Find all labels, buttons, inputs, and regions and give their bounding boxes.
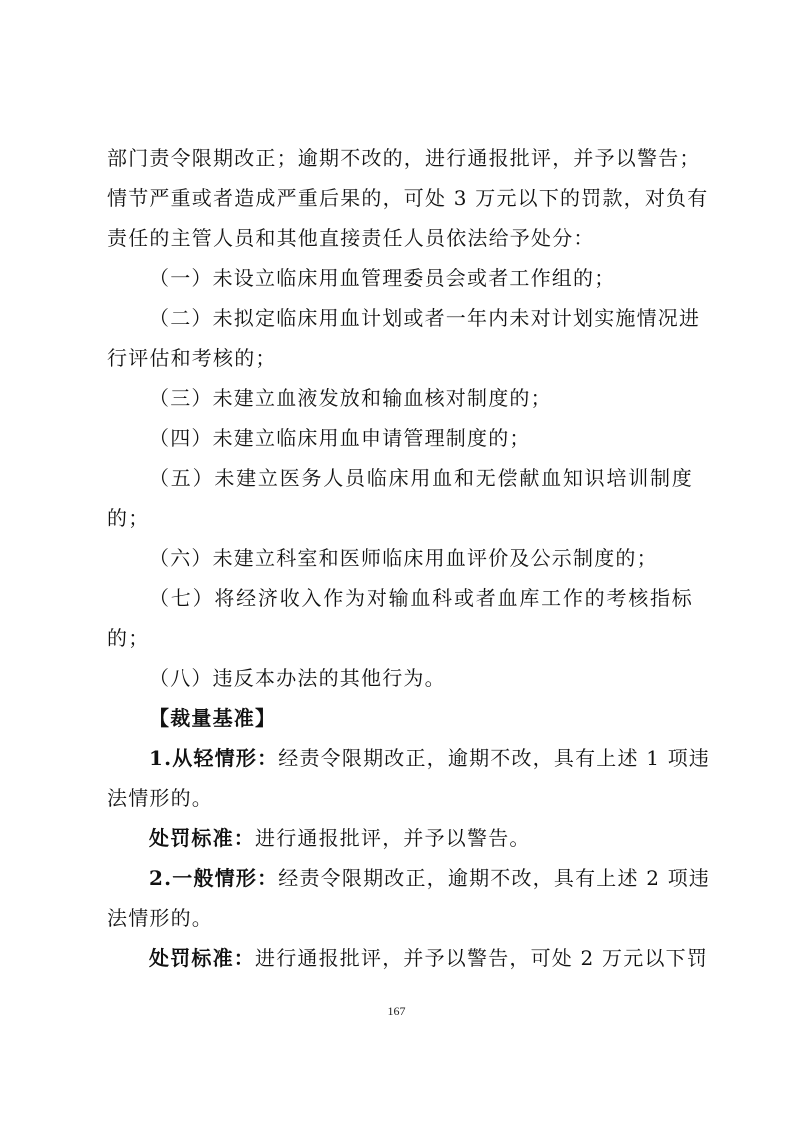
list-item-2-cont: 行评估和考核的；	[107, 338, 693, 378]
criterion-label: 2.一般情形：	[149, 866, 278, 890]
paragraph-line: 情节严重或者造成严重后果的，可处 3 万元以下的罚款，对负有	[107, 178, 693, 218]
section-heading: 【裁量基准】	[107, 698, 693, 738]
penalty-standard-general: 处罚标准：进行通报批评，并予以警告，可处 2 万元以下罚	[107, 938, 693, 978]
criterion-general-cont: 法情形的。	[107, 898, 693, 938]
list-item-3: （三）未建立血液发放和输血核对制度的；	[107, 378, 693, 418]
criterion-light-cont: 法情形的。	[107, 778, 693, 818]
criterion-text: 经责令限期改正，逾期不改，具有上述 1 项违	[278, 746, 710, 770]
penalty-text: 进行通报批评，并予以警告。	[255, 826, 531, 850]
criterion-label: 1.从轻情形：	[149, 746, 278, 770]
list-item-7: （七）将经济收入作为对输血科或者血库工作的考核指标	[107, 578, 693, 618]
list-item-5-cont: 的；	[107, 498, 693, 538]
document-body: 部门责令限期改正；逾期不改的，进行通报批评，并予以警告； 情节严重或者造成严重后…	[107, 138, 693, 978]
criterion-text: 经责令限期改正，逾期不改，具有上述 2 项违	[278, 866, 710, 890]
penalty-label: 处罚标准：	[149, 946, 255, 970]
list-item-6: （六）未建立科室和医师临床用血评价及公示制度的；	[107, 538, 693, 578]
list-item-1: （一）未设立临床用血管理委员会或者工作组的；	[107, 258, 693, 298]
list-item-7-cont: 的；	[107, 618, 693, 658]
penalty-standard-light: 处罚标准：进行通报批评，并予以警告。	[107, 818, 693, 858]
list-item-2: （二）未拟定临床用血计划或者一年内未对计划实施情况进	[107, 298, 693, 338]
penalty-text: 进行通报批评，并予以警告，可处 2 万元以下罚	[255, 946, 708, 970]
list-item-8: （八）违反本办法的其他行为。	[107, 658, 693, 698]
penalty-label: 处罚标准：	[149, 826, 255, 850]
criterion-light: 1.从轻情形：经责令限期改正，逾期不改，具有上述 1 项违	[107, 738, 693, 778]
list-item-5: （五）未建立医务人员临床用血和无偿献血知识培训制度	[107, 458, 693, 498]
page-number: 167	[0, 1004, 793, 1019]
list-item-4: （四）未建立临床用血申请管理制度的；	[107, 418, 693, 458]
criterion-general: 2.一般情形：经责令限期改正，逾期不改，具有上述 2 项违	[107, 858, 693, 898]
paragraph-line: 责任的主管人员和其他直接责任人员依法给予处分：	[107, 218, 693, 258]
paragraph-line: 部门责令限期改正；逾期不改的，进行通报批评，并予以警告；	[107, 138, 693, 178]
